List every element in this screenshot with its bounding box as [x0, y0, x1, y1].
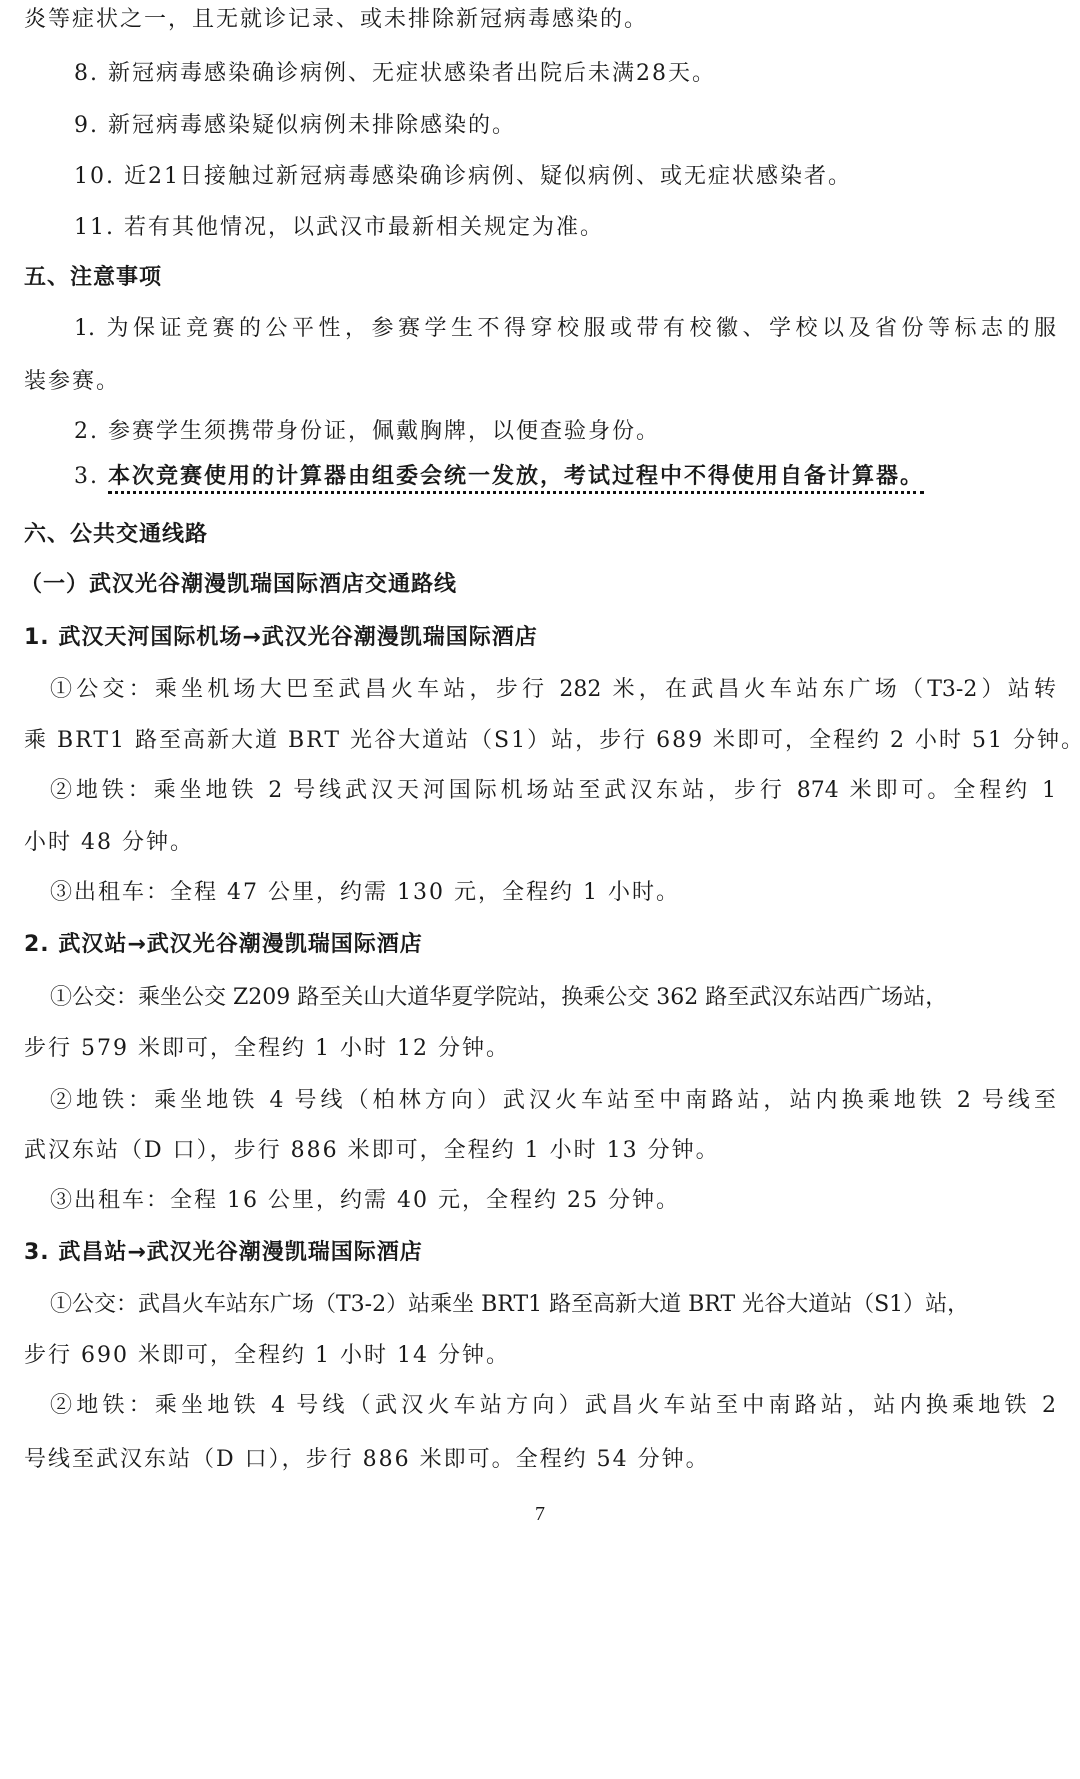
- route-1-metro-line-2: 小时 48 分钟。: [24, 828, 194, 858]
- route-3-bus-line-1: ①公交：武昌火车站东广场（T3-2）站乘坐 BRT1 路至高新大道 BRT 光谷…: [50, 1290, 969, 1320]
- route-3-metro-line-1: ②地铁：乘坐地铁 4 号线（武汉火车站方向）武昌火车站至中南路站，站内换乘地铁 …: [50, 1391, 1056, 1421]
- route-1-metro-line-1: ②地铁：乘坐地铁 2 号线武汉天河国际机场站至武汉东站，步行 874 米即可。全…: [50, 776, 1056, 806]
- list-item-8: 8. 新冠病毒感染确诊病例、无症状感染者出院后未满28天。: [74, 59, 716, 89]
- route-1-bus-line-2: 乘 BRT1 路至高新大道 BRT 光谷大道站（S1）站，步行 689 米即可，…: [24, 726, 1080, 756]
- notes-item-2: 2. 参赛学生须携带身份证，佩戴胸牌，以便查验身份。: [74, 417, 660, 447]
- paragraph-continuation: 炎等症状之一，且无就诊记录、或未排除新冠病毒感染的。: [24, 5, 648, 35]
- list-item-11: 11. 若有其他情况，以武汉市最新相关规定为准。: [74, 213, 604, 243]
- route-2-heading: 2. 武汉站→武汉光谷潮漫凯瑞国际酒店: [24, 930, 423, 960]
- section-heading-transport: 六、公共交通线路: [24, 520, 208, 550]
- list-item-9: 9. 新冠病毒感染疑似病例未排除感染的。: [74, 111, 516, 141]
- route-2-bus-line-1: ①公交：乘坐公交 Z209 路至关山大道华夏学院站，换乘公交 362 路至武汉东…: [50, 983, 947, 1013]
- route-1-bus-line-1: ①公交：乘坐机场大巴至武昌火车站，步行 282 米，在武昌火车站东广场（T3-2…: [50, 675, 1056, 705]
- route-1-taxi: ③出租车：全程 47 公里，约需 130 元，全程约 1 小时。: [50, 878, 680, 908]
- section-heading-notes: 五、注意事项: [24, 263, 162, 293]
- page-number: 7: [0, 1503, 1080, 1526]
- route-1-heading: 1. 武汉天河国际机场→武汉光谷潮漫凯瑞国际酒店: [24, 623, 538, 653]
- notes-item-1-line-1: 1. 为保证竞赛的公平性，参赛学生不得穿校服或带有校徽、学校以及省份等标志的服: [74, 314, 1056, 344]
- route-3-bus-line-2: 步行 690 米即可，全程约 1 小时 14 分钟。: [24, 1341, 510, 1371]
- route-2-metro-line-2: 武汉东站（D 口），步行 886 米即可，全程约 1 小时 13 分钟。: [24, 1136, 720, 1166]
- subsection-heading-hotel-routes: （一）武汉光谷潮漫凯瑞国际酒店交通路线: [20, 570, 457, 600]
- notes-item-3-number: 3.: [74, 464, 108, 489]
- route-2-taxi: ③出租车：全程 16 公里，约需 40 元，全程约 25 分钟。: [50, 1186, 680, 1216]
- list-item-10: 10. 近21日接触过新冠病毒感染确诊病例、疑似病例、或无症状感染者。: [74, 162, 852, 192]
- notes-item-3-emphasized-text: 本次竞赛使用的计算器由组委会统一发放，考试过程中不得使用自备计算器。: [108, 463, 924, 494]
- route-2-bus-line-2: 步行 579 米即可，全程约 1 小时 12 分钟。: [24, 1034, 510, 1064]
- notes-item-3: 3. 本次竞赛使用的计算器由组委会统一发放，考试过程中不得使用自备计算器。: [74, 461, 924, 491]
- route-3-heading: 3. 武昌站→武汉光谷潮漫凯瑞国际酒店: [24, 1238, 423, 1268]
- route-3-metro-line-2: 号线至武汉东站（D 口），步行 886 米即可。全程约 54 分钟。: [24, 1445, 710, 1475]
- route-2-metro-line-1: ②地铁：乘坐地铁 4 号线（柏林方向）武汉火车站至中南路站，站内换乘地铁 2 号…: [50, 1086, 1056, 1116]
- notes-item-1-line-2: 装参赛。: [24, 367, 120, 397]
